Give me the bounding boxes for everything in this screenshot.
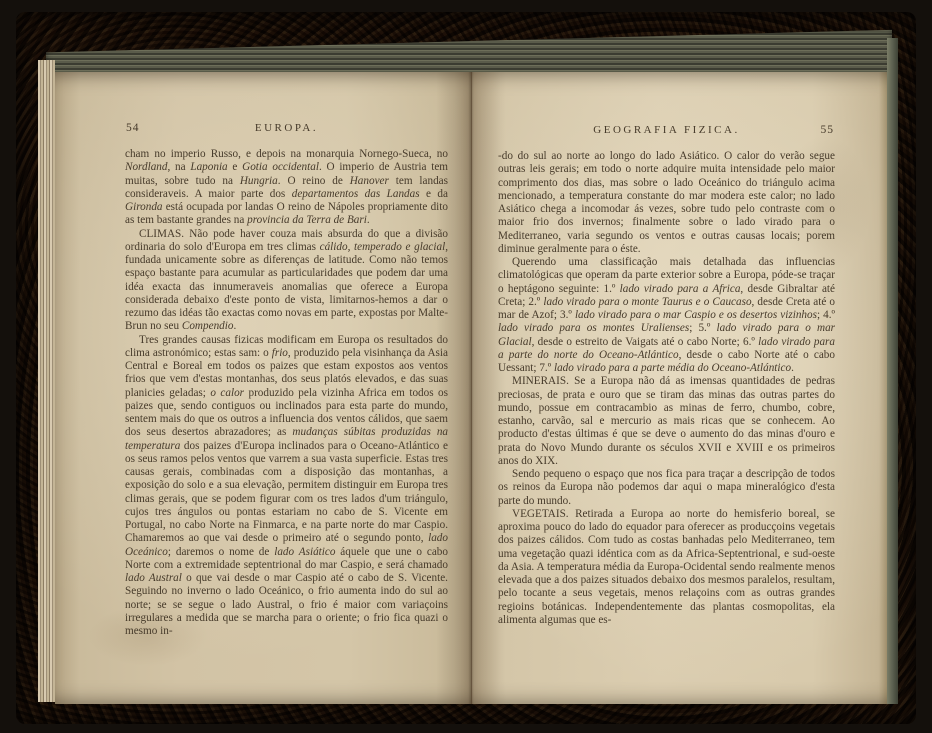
right-page: GEOGRAFIA FIZICA. 55 -do do sul ao norte… — [471, 72, 887, 704]
page-spread: 54 EUROPA. cham no imperio Russo, e depo… — [55, 72, 887, 704]
page-stack-left-edge — [38, 60, 55, 702]
running-title: EUROPA. — [125, 122, 448, 134]
paragraph: MINERAIS. Se a Europa não dá as imensas … — [498, 375, 835, 468]
right-page-body: -do do sul ao norte ao longo do lado Asi… — [498, 150, 835, 690]
paragraph: cham no imperio Russo, e depois na monar… — [125, 148, 448, 228]
gutter-crease-line — [471, 72, 472, 704]
paragraph: Sendo pequeno o espaço que nos fica para… — [498, 468, 835, 508]
left-page-text-area: 54 EUROPA. cham no imperio Russo, e depo… — [125, 122, 448, 690]
left-page-body: cham no imperio Russo, e depois na monar… — [125, 148, 448, 690]
book: 54 EUROPA. cham no imperio Russo, e depo… — [16, 12, 916, 724]
left-page-header: 54 EUROPA. — [125, 122, 448, 148]
running-title: GEOGRAFIA FIZICA. — [498, 124, 835, 136]
paragraph: Querendo uma classificação mais detalhad… — [498, 256, 835, 375]
left-page: 54 EUROPA. cham no imperio Russo, e depo… — [55, 72, 471, 704]
book-scan: 54 EUROPA. cham no imperio Russo, e depo… — [0, 0, 932, 733]
page-number: 55 — [821, 124, 835, 136]
paragraph: Tres grandes causas fizicas modificam em… — [125, 334, 448, 639]
paragraph: -do do sul ao norte ao longo do lado Asi… — [498, 150, 835, 256]
paragraph: VEGETAIS. Retirada a Europa ao norte do … — [498, 508, 835, 627]
paragraph: CLIMAS. Não pode haver couza mais absurd… — [125, 228, 448, 334]
right-page-header: GEOGRAFIA FIZICA. 55 — [498, 124, 835, 150]
right-page-text-area: GEOGRAFIA FIZICA. 55 -do do sul ao norte… — [498, 124, 835, 690]
page-stack-right-edge — [887, 38, 898, 704]
